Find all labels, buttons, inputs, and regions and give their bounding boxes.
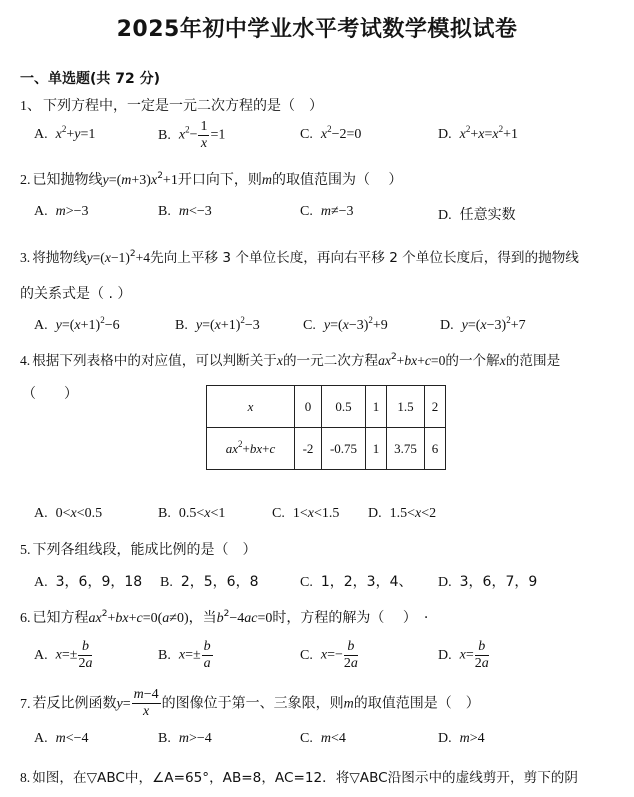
q2-option-c[interactable]: C.m≠−3	[300, 204, 354, 220]
question-1: 1、下列方程中，一定是一元二次方程的是（ ）	[20, 95, 323, 115]
q6-option-d[interactable]: D.x=b2a	[438, 640, 490, 671]
q4-option-c[interactable]: C.1<x<1.5	[272, 506, 339, 522]
q7-option-b[interactable]: B.m>−4	[158, 731, 212, 747]
table-cell: 2	[425, 386, 446, 428]
q4-option-a[interactable]: A.0<x<0.5	[34, 506, 102, 522]
q5-option-a[interactable]: A.3，6，9，18	[34, 571, 142, 591]
q2-option-b[interactable]: B.m<−3	[158, 204, 212, 220]
table-cell: 1.5	[387, 386, 425, 428]
section-heading: 一、单选题(共 72 分)	[20, 68, 160, 88]
q6-option-c[interactable]: C.x=−b2a	[300, 640, 359, 671]
q3-option-d[interactable]: D.y=(x−3)2+7	[440, 318, 526, 334]
q7-option-c[interactable]: C.m<4	[300, 731, 346, 747]
q1-option-b[interactable]: B.x2−1x=1	[158, 120, 225, 151]
table-cell: -2	[295, 428, 322, 470]
q3-option-c[interactable]: C.y=(x−3)2+9	[303, 318, 388, 334]
q5-option-b[interactable]: B.2，5，6，8	[160, 571, 258, 591]
question-stem: 下列方程中，一定是一元二次方程的是（ ）	[43, 98, 323, 114]
question-4: 4.根据下列表格中的对应值，可以判断关于x的一元二次方程ax2+bx+c=0的一…	[20, 349, 560, 369]
table-row: ax2+bx+c -2 -0.75 1 3.75 6	[207, 428, 446, 470]
table-header-x: x	[207, 386, 295, 428]
q3-option-a[interactable]: A.y=(x+1)2−6	[34, 318, 120, 334]
q1-option-d[interactable]: D.x2+x=x2+1	[438, 127, 518, 143]
q2-option-d[interactable]: D.任意实数	[438, 204, 516, 224]
q3-option-b[interactable]: B.y=(x+1)2−3	[175, 318, 260, 334]
q1-option-c[interactable]: C.x2−2=0	[300, 127, 361, 143]
q4-option-b[interactable]: B.0.5<x<1	[158, 506, 225, 522]
table-cell: 6	[425, 428, 446, 470]
values-table: x 0 0.5 1 1.5 2 ax2+bx+c -2 -0.75 1 3.75…	[206, 385, 446, 470]
question-3: 3.将抛物线y=(x−1)2+4先向上平移 3 个单位长度，再向右平移 2 个单…	[20, 246, 579, 266]
q1-option-a[interactable]: A.x2+y=1	[34, 127, 95, 143]
question-7: 7.若反比例函数y=m−4x的图像位于第一、三象限，则m的取值范围是（ ）	[20, 688, 480, 719]
exam-title: 2025年初中学业水平考试数学模拟试卷	[0, 12, 634, 43]
table-cell: 1	[366, 428, 387, 470]
question-8: 8.如图，在▽ABC中，∠A=65°，AB=8，AC=12．将▽ABC沿图示中的…	[20, 766, 578, 786]
exam-page: 2025年初中学业水平考试数学模拟试卷 一、单选题(共 72 分) 1、下列方程…	[0, 0, 634, 797]
q7-option-d[interactable]: D.m>4	[438, 731, 485, 747]
q6-option-a[interactable]: A.x=±b2a	[34, 640, 93, 671]
table-cell: 0	[295, 386, 322, 428]
question-4-line2: （ ）	[22, 383, 78, 403]
table-cell: 3.75	[387, 428, 425, 470]
q5-option-d[interactable]: D.3，6，7，9	[438, 571, 537, 591]
table-cell: 0.5	[322, 386, 366, 428]
table-cell: -0.75	[322, 428, 366, 470]
q6-option-b[interactable]: B.x=±ba	[158, 640, 214, 671]
question-5: 5.下列各组线段，能成比例的是（ ）	[20, 539, 257, 559]
question-6: 6.已知方程ax2+bx+c=0(a≠0)，当b2−4ac=0时，方程的解为（ …	[20, 607, 428, 627]
table-header-expression: ax2+bx+c	[207, 428, 295, 470]
table-cell: 1	[366, 386, 387, 428]
question-number: 1、	[20, 99, 41, 114]
q5-option-c[interactable]: C.1，2，3，4、	[300, 571, 412, 591]
table-row: x 0 0.5 1 1.5 2	[207, 386, 446, 428]
q7-option-a[interactable]: A.m<−4	[34, 731, 89, 747]
q4-option-d[interactable]: D.1.5<x<2	[368, 506, 436, 522]
question-3-line2: 的关系式是（ . ）	[20, 283, 131, 303]
q2-option-a[interactable]: A.m>−3	[34, 204, 89, 220]
question-2: 2.已知抛物线y=(m+3)x2+1开口向下，则m的取值范围为（ ）	[20, 169, 402, 189]
